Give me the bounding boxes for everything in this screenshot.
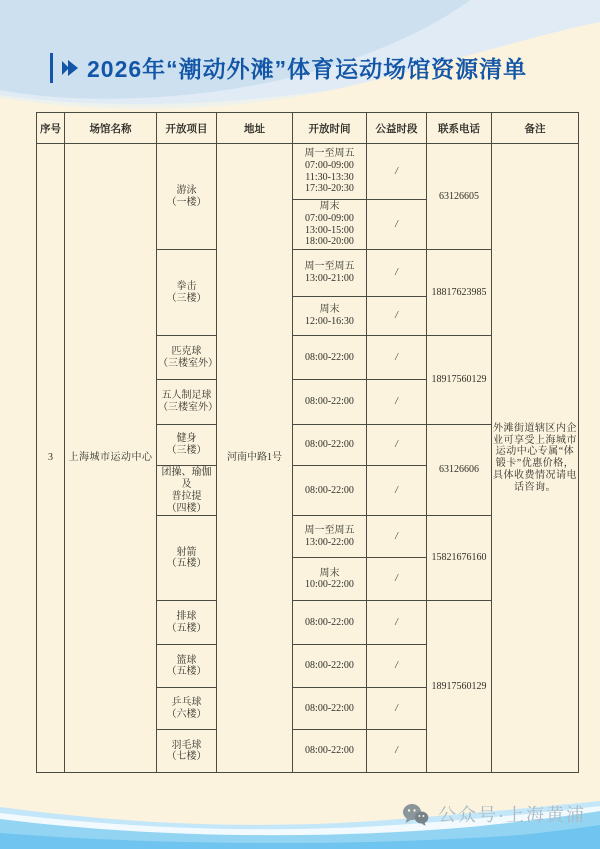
cell-open-time: 08:00-22:00 [293,425,367,466]
cell-venue-index: 3 [37,144,65,773]
column-header-welfare: 公益时段 [367,113,427,144]
cell-phone: 15821676160 [427,516,492,601]
cell-welfare-slot: / [367,645,427,688]
cell-welfare-slot: / [367,380,427,425]
cell-project: 篮球 （五楼） [157,645,217,688]
column-header-open-time: 开放时间 [293,113,367,144]
cell-project: 拳击 （三楼） [157,250,217,336]
column-header-phone: 联系电话 [427,113,492,144]
title-bar-icon [50,53,53,83]
column-header-index: 序号 [37,113,65,144]
cell-project: 射箭 （五楼） [157,516,217,601]
cell-welfare-slot: / [367,516,427,558]
cell-project: 乒乓球 （六楼） [157,688,217,730]
cell-project: 健身 （三楼） [157,425,217,466]
cell-open-time: 周一至周五 13:00-21:00 [293,250,367,297]
cell-phone: 63126605 [427,144,492,250]
poster-page: 2026年“潮动外滩”体育运动场馆资源清单 序号 场馆名称 开放项目 地址 开放… [0,0,600,849]
cell-welfare-slot: / [367,466,427,516]
cell-project: 羽毛球 （七楼） [157,730,217,773]
cell-welfare-slot: / [367,144,427,200]
cell-open-time: 周一至周五 13:00-22:00 [293,516,367,558]
cell-phone: 18917560129 [427,601,492,773]
table-header-row: 序号 场馆名称 开放项目 地址 开放时间 公益时段 联系电话 备注 [37,113,579,144]
cell-phone: 63126606 [427,425,492,516]
venues-table: 序号 场馆名称 开放项目 地址 开放时间 公益时段 联系电话 备注 3 上海城市… [36,112,579,773]
cell-open-time: 周末 10:00-22:00 [293,558,367,601]
cell-welfare-slot: / [367,688,427,730]
wechat-icon [402,803,429,826]
column-header-remark: 备注 [492,113,579,144]
cell-open-time: 周末 07:00-09:00 13:00-15:00 18:00-20:00 [293,200,367,250]
cell-welfare-slot: / [367,425,427,466]
cell-project: 五人制足球 （三楼室外） [157,380,217,425]
cell-open-time: 周一至周五 07:00-09:00 11:30-13:30 17:30-20:3… [293,144,367,200]
cell-open-time: 08:00-22:00 [293,730,367,773]
play-arrow-icon [60,58,80,78]
cell-welfare-slot: / [367,558,427,601]
cell-project: 团操、瑜伽及 普拉提 （四楼） [157,466,217,516]
cell-welfare-slot: / [367,297,427,336]
cell-open-time: 08:00-22:00 [293,601,367,645]
cell-open-time: 08:00-22:00 [293,645,367,688]
cell-open-time: 08:00-22:00 [293,336,367,380]
cell-open-time: 08:00-22:00 [293,466,367,516]
cell-welfare-slot: / [367,730,427,773]
cell-welfare-slot: / [367,601,427,645]
cell-project: 匹克球 （三楼室外） [157,336,217,380]
column-header-address: 地址 [217,113,293,144]
cell-welfare-slot: / [367,200,427,250]
column-header-venue-name: 场馆名称 [65,113,157,144]
cell-venue-name: 上海城市运动中心 [65,144,157,773]
cell-open-time: 08:00-22:00 [293,688,367,730]
page-title-row: 2026年“潮动外滩”体育运动场馆资源清单 [50,51,527,84]
cell-open-time: 周末 12:00-16:30 [293,297,367,336]
cell-welfare-slot: / [367,336,427,380]
cell-address: 河南中路1号 [217,144,293,773]
cell-project: 游泳 （一楼） [157,144,217,250]
cell-remark: 外滩街道辖区内企业可享受上海城市运动中心专属“体锻卡”优惠价格，具体收费情况请电… [492,144,579,773]
page-title: 2026年“潮动外滩”体育运动场馆资源清单 [87,51,527,84]
cell-project: 排球 （五楼） [157,601,217,645]
table-row: 3 上海城市运动中心 游泳 （一楼） 河南中路1号 周一至周五 07:00-09… [37,144,579,200]
footer-account-label: 公众号·上海黄浦 [438,801,586,827]
cell-welfare-slot: / [367,250,427,297]
footer: 公众号·上海黄浦 [402,801,586,827]
cell-open-time: 08:00-22:00 [293,380,367,425]
cell-phone: 18917560129 [427,336,492,425]
cell-phone: 18817623985 [427,250,492,336]
column-header-project: 开放项目 [157,113,217,144]
